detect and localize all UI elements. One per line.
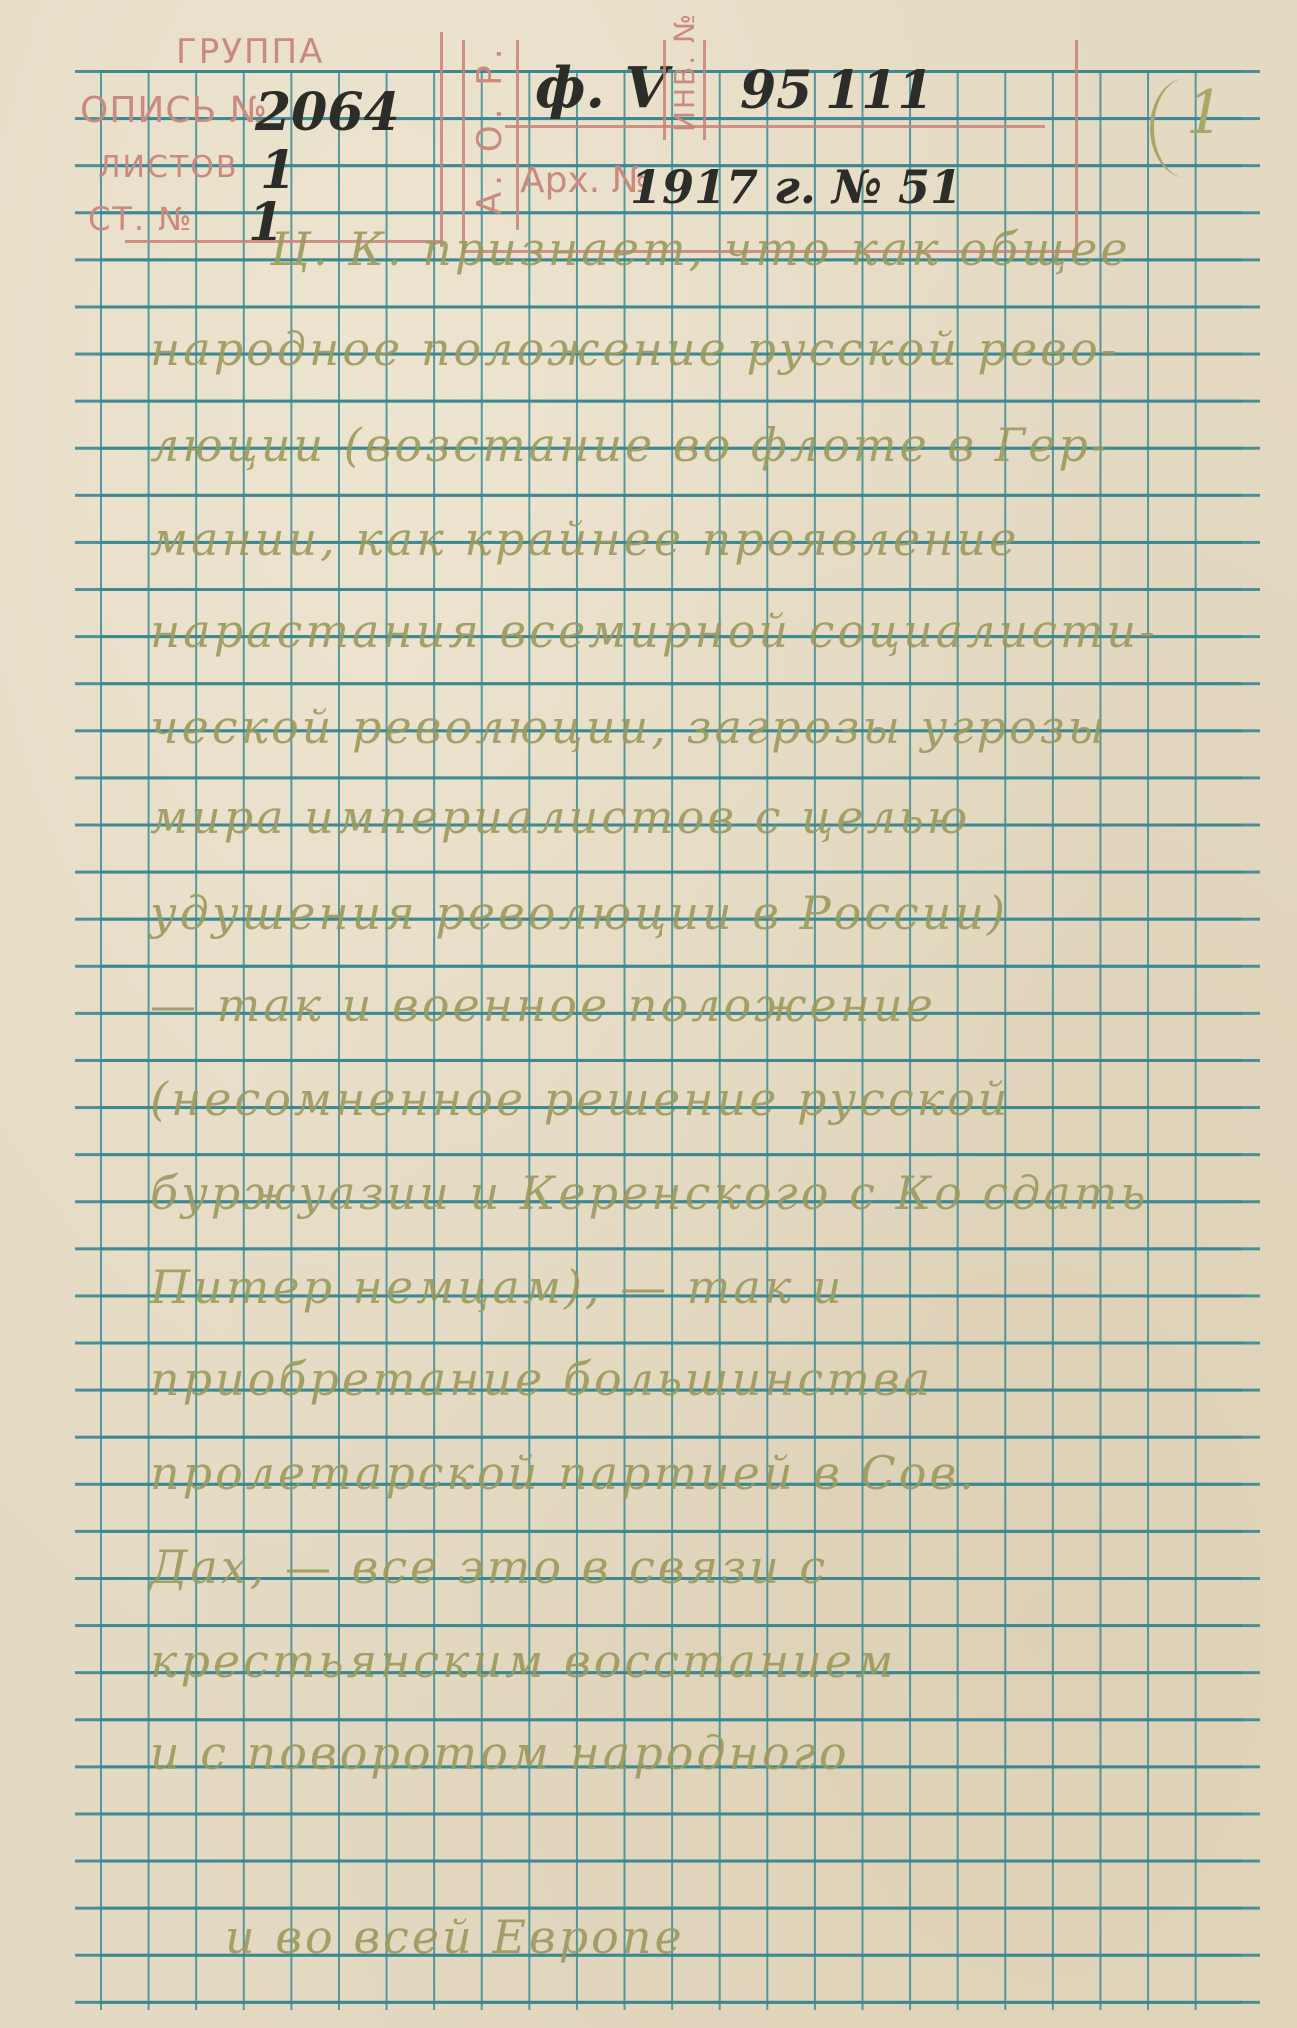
stamp-right-divider bbox=[516, 40, 519, 230]
handwriting-line: пролетарской партией в Сов. bbox=[150, 1446, 977, 1500]
handwriting-line: Дах, — все это в связи с bbox=[150, 1540, 828, 1594]
stamp-left-border bbox=[440, 32, 443, 247]
inv-suffix: 111 bbox=[825, 60, 934, 121]
stamp-right-middle-line bbox=[505, 125, 1045, 128]
handwriting-line: люции (возстание во флоте в Гер- bbox=[150, 418, 1109, 472]
handwriting-line: Питер немцам), — так и bbox=[150, 1260, 845, 1314]
inv-value: 95 bbox=[740, 60, 812, 121]
handwriting-line: нарастания всемирной социалисти- bbox=[150, 604, 1158, 658]
handwriting-line: буржуазии и Керенского с Ко сдать bbox=[150, 1166, 1148, 1220]
handwriting-line: удушения революции в России) bbox=[150, 886, 1008, 940]
handwriting-line: Ц. К. признает, что как общее bbox=[270, 222, 1131, 276]
inv-label: ИНВ. № bbox=[668, 12, 701, 132]
handwriting-line: и во всей Европе bbox=[225, 1910, 685, 1964]
handwriting-line: народное положение русской рево- bbox=[150, 322, 1119, 376]
handwriting-line: крестьянским восстанием bbox=[150, 1634, 896, 1688]
folio-number: 1 bbox=[1150, 78, 1224, 178]
group-label: ГРУППА bbox=[176, 32, 324, 72]
handwriting-line: приобретание большинства bbox=[150, 1352, 933, 1406]
handwriting-line: — так и военное положение bbox=[150, 978, 936, 1032]
handwriting-line: ческой революции, загрозы угрозы bbox=[150, 700, 1108, 754]
handwriting-line: мании, как крайнее проявление bbox=[150, 512, 1019, 566]
st-label: СТ. № bbox=[88, 200, 194, 238]
opis-value: 2064 bbox=[255, 82, 400, 143]
fond-value: ф. V bbox=[535, 55, 668, 121]
handwriting-line: (несомненное решение русской bbox=[150, 1072, 1010, 1126]
handwriting-line: и с поворотом народного bbox=[150, 1726, 850, 1780]
arch-value: 1917 г. № 51 bbox=[630, 160, 962, 214]
listov-label: ЛИСТОВ bbox=[98, 150, 238, 185]
opis-label: ОПИСЬ № bbox=[80, 90, 268, 131]
aop-label: А. О. Р. bbox=[470, 42, 510, 215]
handwriting-line: мира империалистов с целью bbox=[150, 790, 970, 844]
